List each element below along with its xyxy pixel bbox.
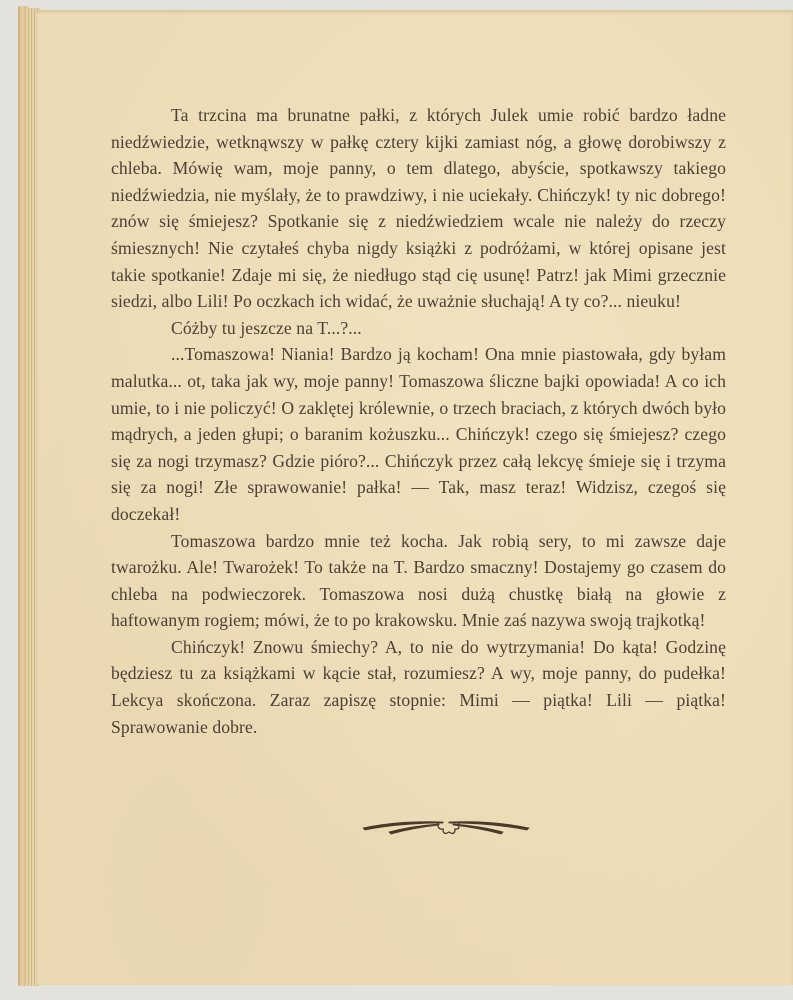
paragraph-2: Cóżby tu jeszcze na T...?...: [111, 315, 726, 342]
paragraph-4: Tomaszowa bardzo mnie też kocha. Jak rob…: [111, 528, 726, 634]
tailpiece-ornament-icon: [361, 810, 531, 840]
paragraph-1: Ta trzcina ma brunatne pałki, z których …: [111, 102, 726, 315]
page-text: Ta trzcina ma brunatne pałki, z których …: [111, 102, 726, 740]
book-page: Ta trzcina ma brunatne pałki, z których …: [36, 10, 793, 985]
paragraph-5: Chińczyk! Znowu śmiechy? A, to nie do wy…: [111, 634, 726, 740]
paragraph-3: ...Tomaszowa! Niania! Bardzo ją kocham! …: [111, 341, 726, 527]
